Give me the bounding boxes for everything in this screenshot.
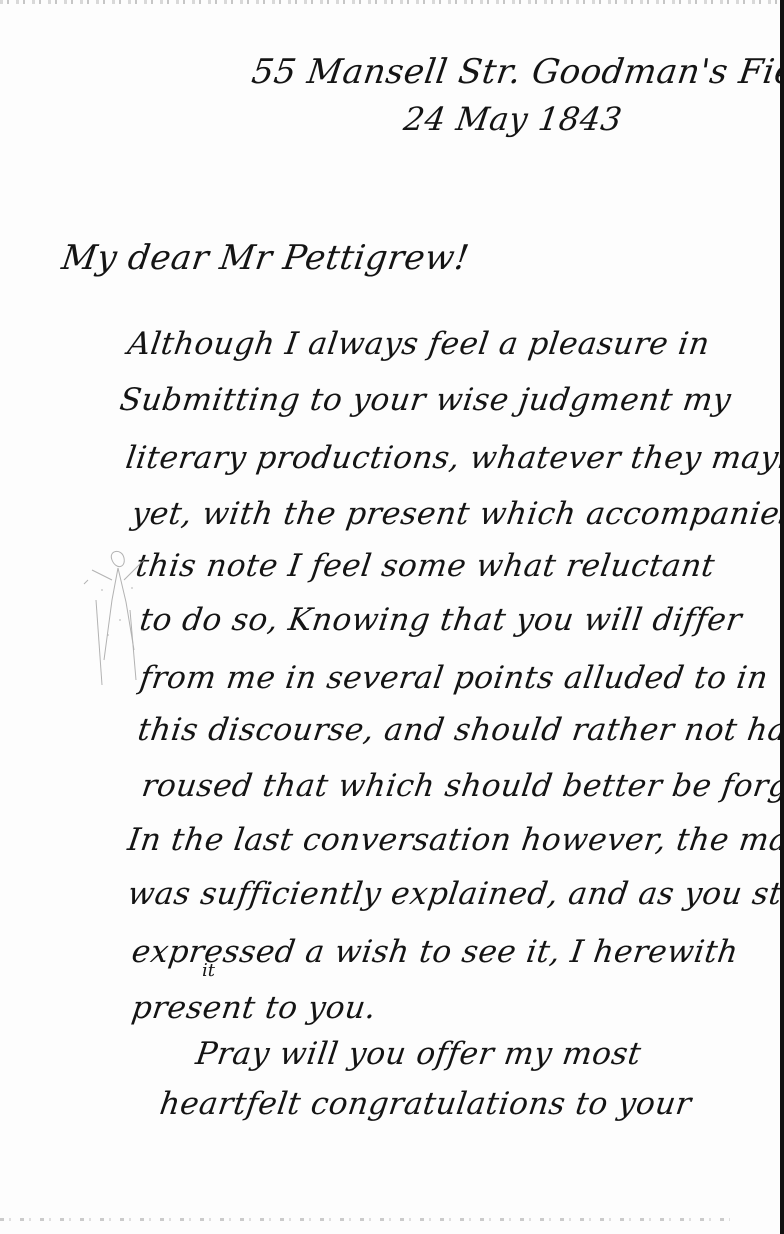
body-line: expressed a wish to see it, I herewith <box>129 934 740 970</box>
body-line: Pray will you offer my most <box>193 1036 643 1072</box>
body-line: heartfelt congratulations to your <box>157 1086 693 1122</box>
body-line: Submitting to your wise judgment my <box>117 382 733 418</box>
letter-page: 55 Mansell Str. Goodman's Fields 24 May … <box>0 0 780 1234</box>
body-line: yet, with the present which accompanies <box>129 496 784 532</box>
letter-date: 24 May 1843 <box>401 100 624 138</box>
body-line: literary productions, whatever they mayb… <box>123 440 784 476</box>
body-line: to do so, Knowing that you will differ <box>137 602 744 638</box>
marginal-sketch-icon <box>82 540 162 690</box>
body-line: this discourse, and should rather not ha… <box>135 712 784 748</box>
letter-salutation: My dear Mr Pettigrew! <box>59 238 472 278</box>
body-line: Although I always feel a pleasure in <box>125 326 711 362</box>
scan-top-noise <box>0 0 780 4</box>
letter-address: 55 Mansell Str. Goodman's Fields <box>249 52 784 92</box>
body-line: In the last conversation however, the ma… <box>125 822 784 858</box>
interlinear-insert: it <box>202 960 215 981</box>
body-line: roused that which should better be forgo… <box>139 768 784 804</box>
body-line: was sufficiently explained, and as you s… <box>125 876 784 912</box>
scan-bottom-noise <box>0 1218 730 1221</box>
body-line: present to you. <box>129 990 378 1026</box>
body-line: this note I feel some what reluctant <box>133 548 717 584</box>
scan-right-edge <box>780 0 784 1234</box>
body-line: from me in several points alluded to in <box>137 660 770 696</box>
